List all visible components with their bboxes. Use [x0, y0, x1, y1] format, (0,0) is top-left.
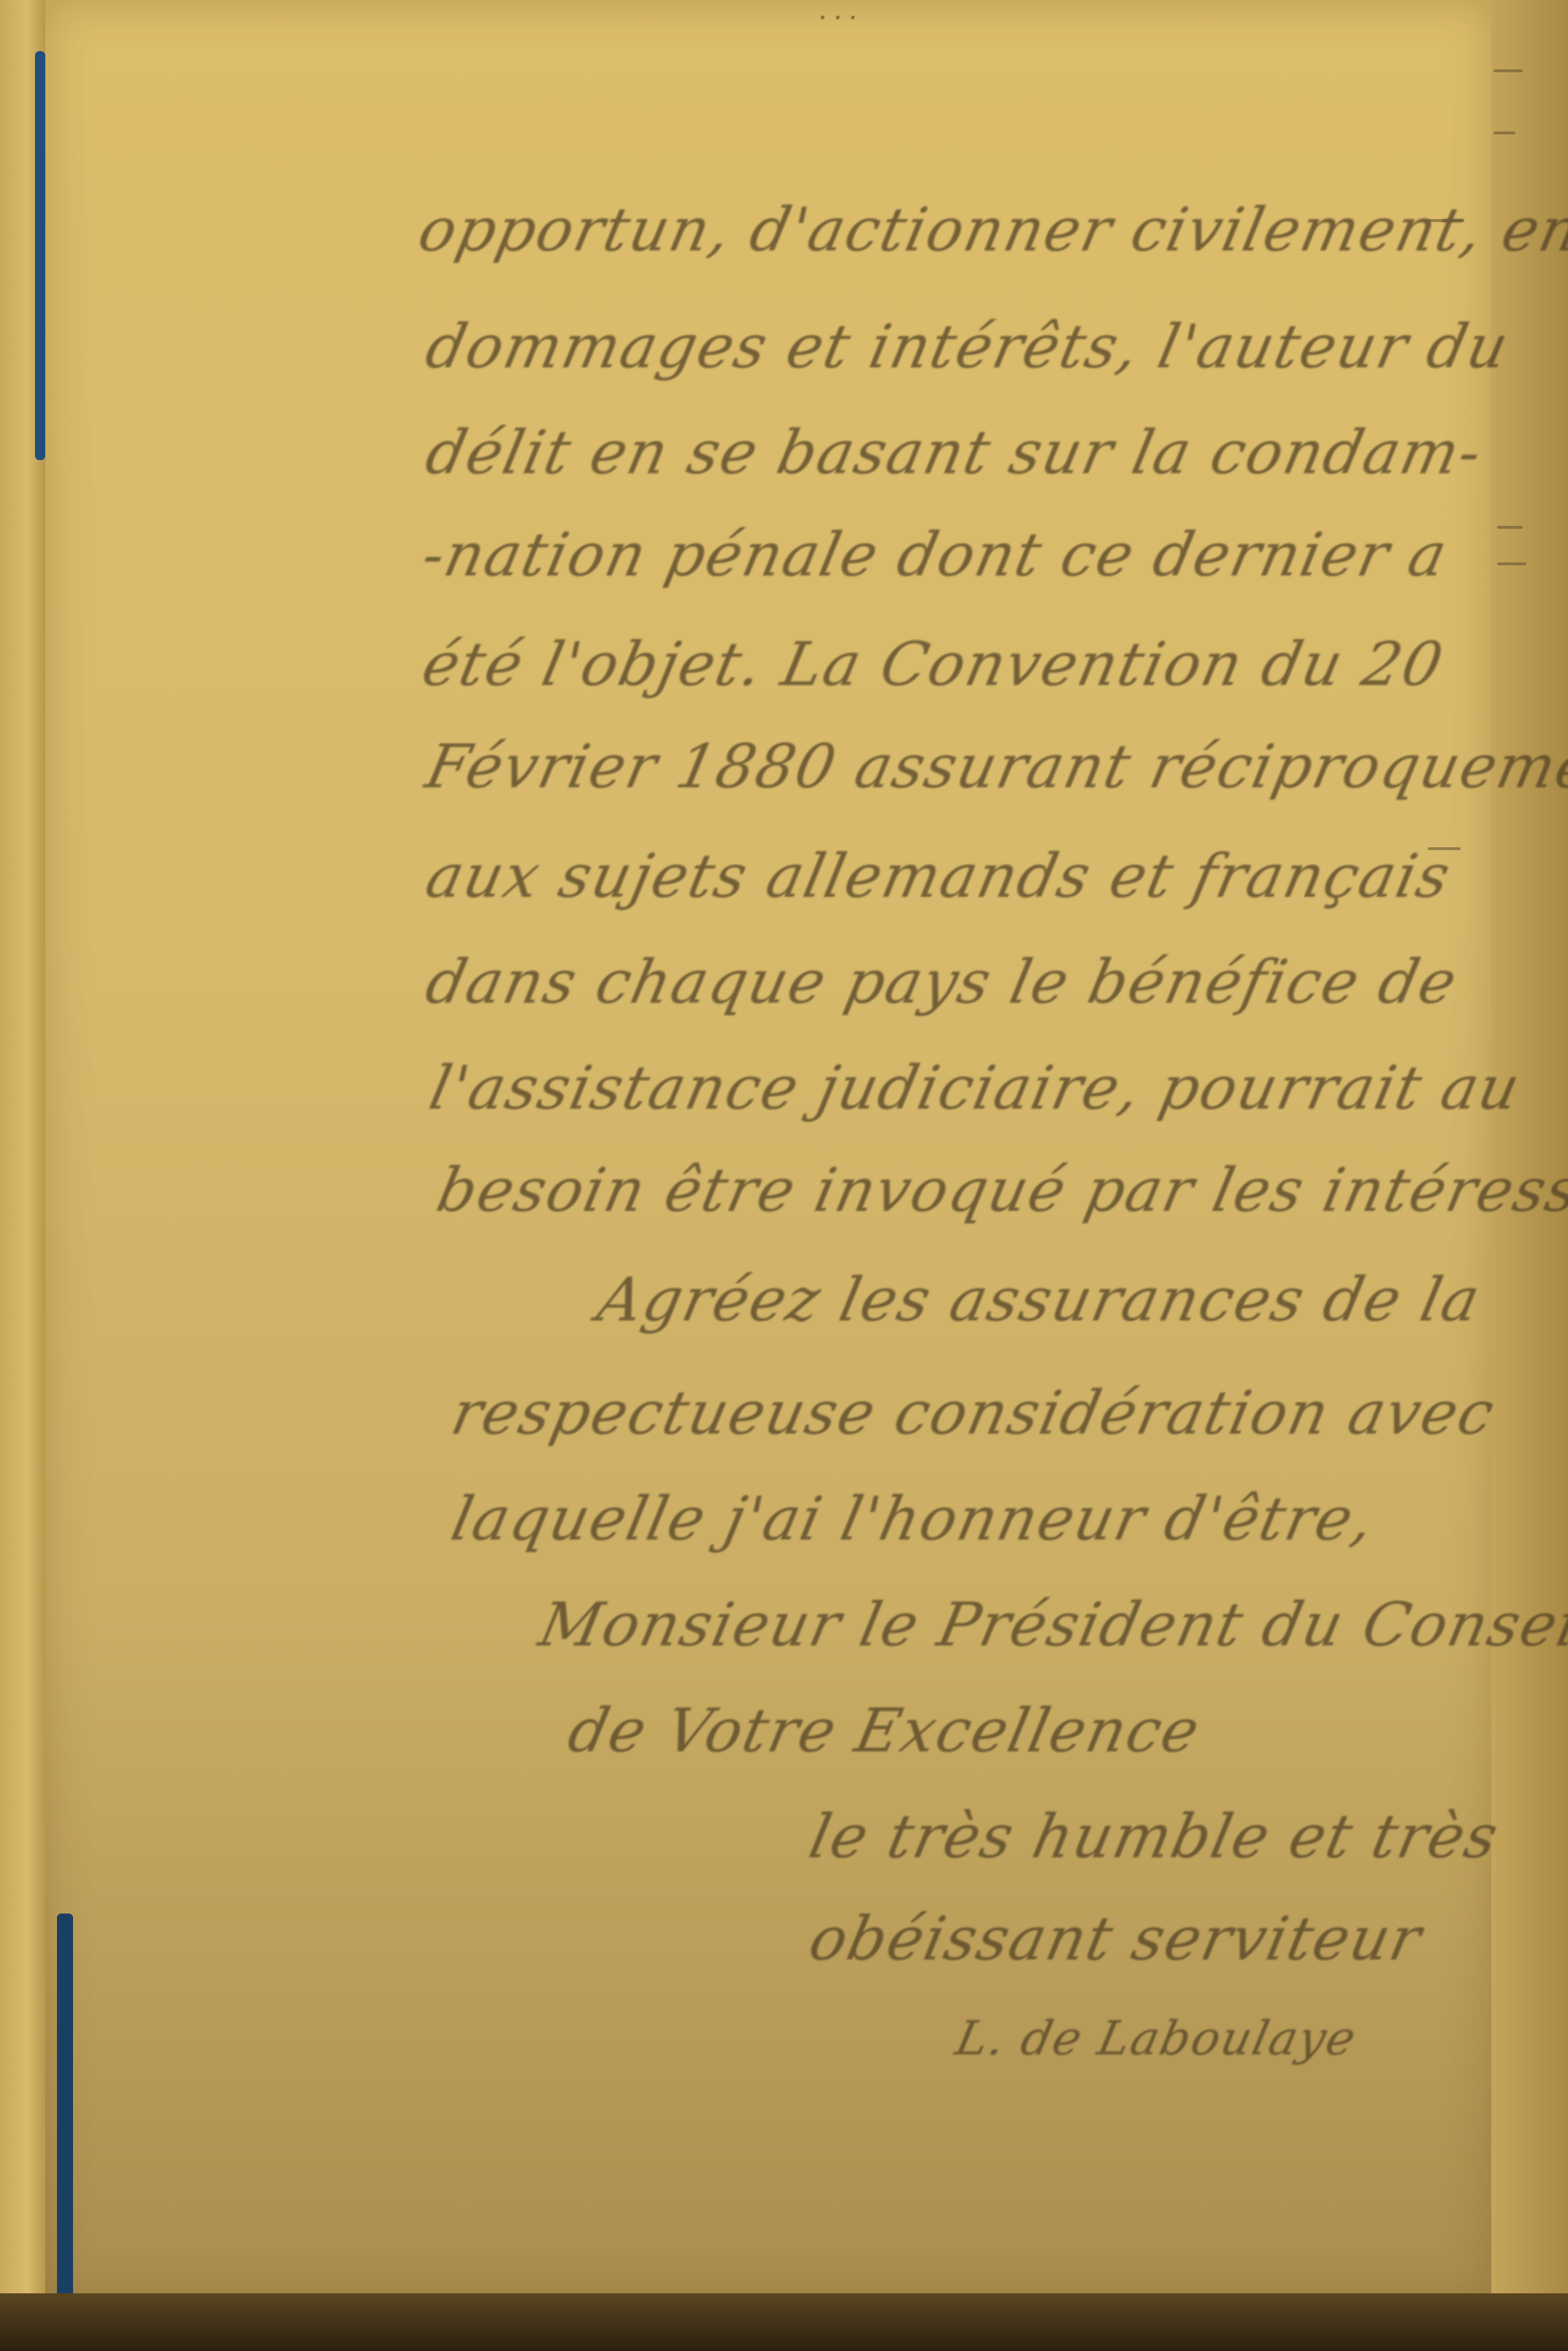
- text-line-10: besoin être invoqué par les intéressés.: [432, 1161, 1568, 1221]
- signature: L. de Laboulaye: [952, 2016, 1361, 2063]
- text-line-14: Monsieur le Président du Conseil,: [534, 1596, 1568, 1656]
- margin-mark: [1497, 562, 1526, 565]
- text-line-2: dommages et intérêts, l'auteur du: [421, 318, 1514, 378]
- cropped-header-fragment: ...: [818, 0, 863, 26]
- text-line-3: délit en se basant sur la condam-: [421, 424, 1487, 483]
- text-line-13: laquelle j'ai l'honneur d'être,: [446, 1490, 1380, 1550]
- bookmark-ribbon-bottom: [57, 1914, 73, 2351]
- margin-mark: [1494, 69, 1523, 72]
- text-line-8: dans chaque pays le bénéfice de: [421, 953, 1462, 1013]
- margin-mark: [1428, 847, 1461, 850]
- text-line-12: respectueuse considération avec: [446, 1384, 1500, 1444]
- text-line-4: -nation pénale dont ce dernier a: [417, 526, 1453, 586]
- margin-mark: [1428, 219, 1464, 222]
- text-line-5: été l'objet. La Convention du 20: [417, 635, 1448, 695]
- margin-mark: [1494, 131, 1515, 134]
- text-line-1: opportun, d'actionner civilement, en: [413, 201, 1568, 261]
- bookmark-ribbon-top: [35, 51, 45, 460]
- bottom-shadow: [0, 2293, 1568, 2351]
- text-line-9: l'assistance judiciaire, pourrait au: [424, 1059, 1526, 1119]
- text-line-7: aux sujets allemands et français: [421, 847, 1456, 907]
- text-line-17: obéissant serviteur: [804, 1910, 1427, 1970]
- margin-mark: [1497, 526, 1523, 529]
- text-line-6: Février 1880 assurant réciproquement: [421, 738, 1568, 798]
- text-line-11: Agréez les assurances de la: [592, 1271, 1485, 1331]
- text-line-15: de Votre Excellence: [563, 1702, 1205, 1762]
- text-line-16: le très humble et très: [804, 1808, 1504, 1868]
